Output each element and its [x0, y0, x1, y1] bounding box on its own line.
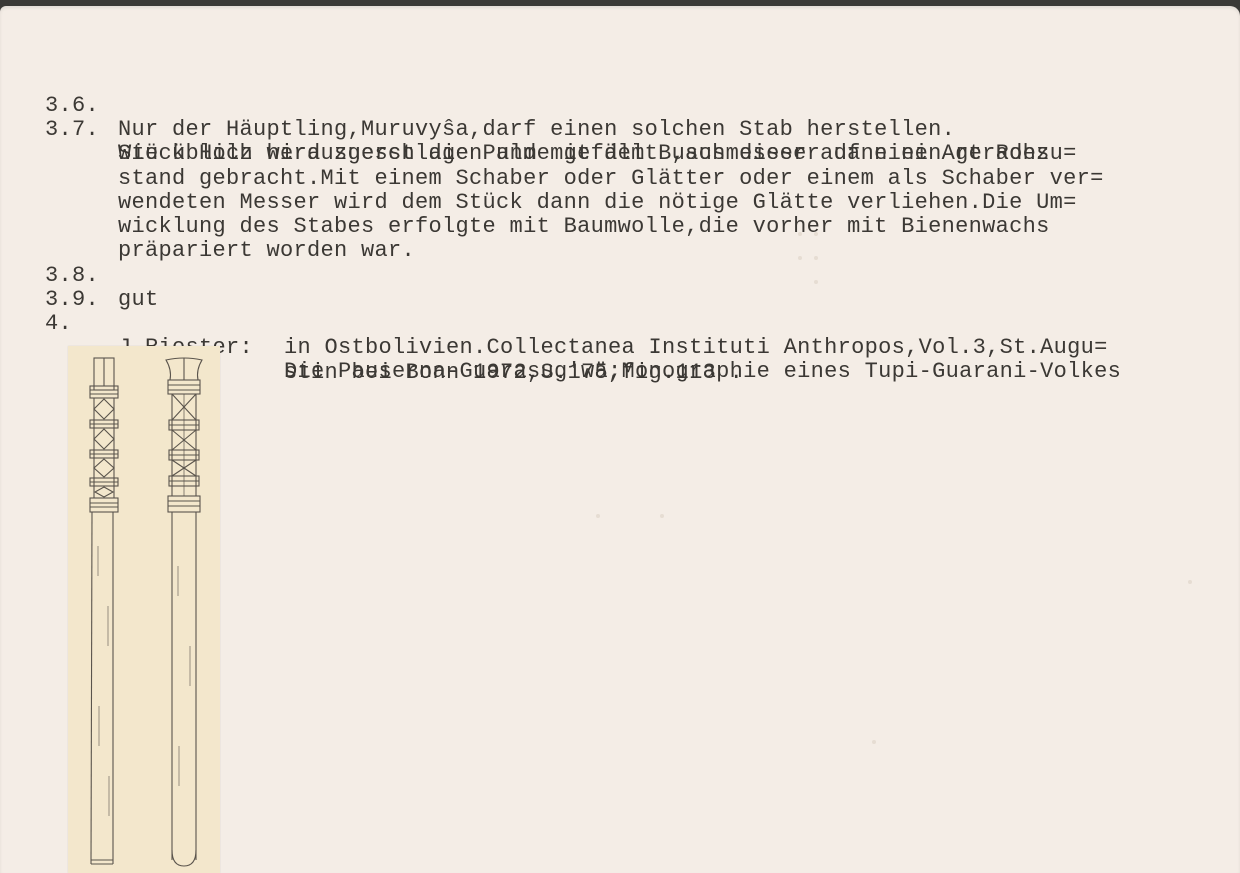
- emboss-dot: [872, 740, 876, 744]
- emboss-dot: [814, 280, 818, 284]
- entry-text: präpariert worden war.: [118, 239, 415, 263]
- emboss-dot: [814, 232, 818, 236]
- entry-text: gut: [118, 288, 159, 312]
- entry-4-line: stin bei Bonn 1972,S.175,fig.113 .: [0, 337, 54, 409]
- left-staff: [90, 358, 118, 864]
- emboss-dot: [660, 514, 664, 518]
- staff-illustration: [68, 346, 220, 873]
- citation-text: in Ostbolivien.Collectanea Instituti Ant…: [284, 336, 1108, 360]
- emboss-dot: [814, 256, 818, 260]
- right-staff: [166, 358, 202, 866]
- emboss-dot: [596, 514, 600, 518]
- entry-text: Nur der Häuptling,Muruvyŝa,darf einen so…: [118, 118, 955, 142]
- emboss-dot: [1188, 580, 1192, 584]
- citation-text: stin bei Bonn 1972,S.175,fig.113 .: [284, 361, 743, 385]
- staffs-drawing: [68, 346, 220, 873]
- entry-text: stand gebracht.Mit einem Schaber oder Gl…: [118, 167, 1104, 191]
- emboss-dot: [798, 256, 802, 260]
- entry-text: wicklung des Stabes erfolgte mit Baumwol…: [118, 215, 1050, 239]
- entry-text: wendeten Messer wird dem Stück dann die …: [118, 191, 1077, 215]
- emboss-dot: [798, 232, 802, 236]
- entry-text: Stück Holz herausgeschlagen und mit dem …: [118, 142, 1077, 166]
